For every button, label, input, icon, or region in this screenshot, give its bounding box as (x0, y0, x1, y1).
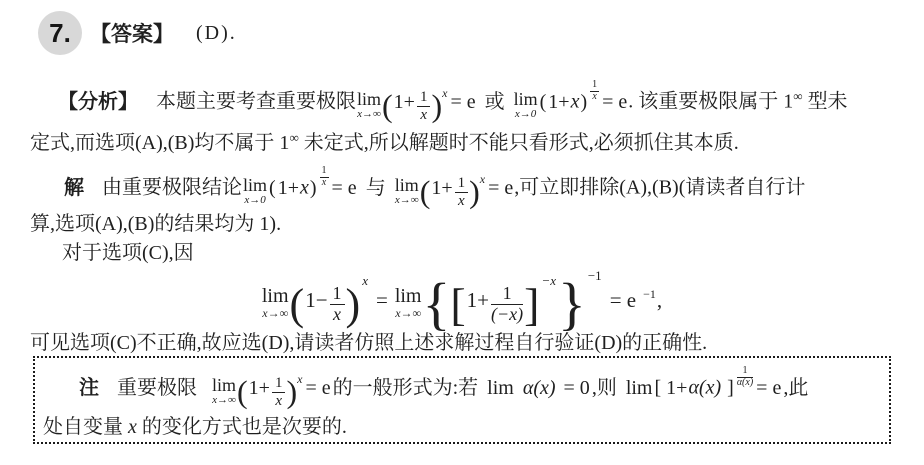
denominator: x (455, 193, 469, 210)
right-paren: ) (469, 174, 480, 210)
analysis-line-2: 定式,而选项(A),(B)均不属于 1∞ 未定式,所以解题时不能只看形式,必须抓… (30, 126, 739, 155)
left-paren: ( (382, 88, 393, 124)
answer-label: 【答案】 (90, 22, 174, 46)
lim-word: lim (262, 286, 289, 306)
left-paren: ( (420, 174, 431, 210)
equals-zero: = 0 (564, 377, 590, 399)
infinity-superscript: ∞ (289, 130, 298, 145)
numerator: 1 (491, 284, 523, 305)
limit-operator: limx→∞ (212, 376, 236, 406)
note-line-1: 注重要极限limx→∞(1+1x)x= e的一般形式为:若limα(x)= 0,… (79, 366, 809, 409)
lim-word: lim (212, 376, 236, 394)
numerator: 1 (320, 166, 329, 178)
right-paren: ) (580, 91, 587, 113)
lim-word: lim (626, 377, 653, 399)
analysis-text: . 该重要极限属于 1 (628, 91, 793, 113)
answer-value: (D). (196, 22, 237, 44)
analysis-text: 未定式,所以解题时不能只看形式,必须抓住其本质. (299, 132, 739, 154)
math-token: 1+ (431, 177, 452, 199)
fraction-1-over-x: 1x (417, 89, 431, 123)
bracket-open: [ 1+ (654, 377, 687, 399)
exponent-1-over-alpha: 1α(x) (737, 366, 753, 388)
left-bracket: [ (450, 279, 465, 330)
exponent-x: x (297, 372, 302, 386)
right-bracket: ] (524, 279, 539, 330)
limit-operator: limx→∞ (357, 90, 381, 120)
math-token: 1− (305, 288, 327, 312)
textbook-page: { "page": { "background": "#ffffff", "te… (0, 0, 924, 465)
lim-subscript: x→∞ (395, 307, 422, 319)
numerator: 1 (455, 175, 469, 193)
solution-intro: 由重要极限结论 (102, 177, 242, 199)
denominator: x (330, 305, 345, 325)
analysis-label: 【分析】 (58, 91, 138, 113)
equals-e: = e (332, 177, 357, 199)
note-text: 处自变量 (43, 416, 128, 438)
note-text: 的变化方式也是次要的. (137, 416, 347, 438)
analysis-line-1: 【分析】本题主要考查重要极限limx→∞(1+1x)x= e或limx→0(1+… (58, 80, 848, 123)
alpha-x: α(x) (523, 377, 556, 399)
question-number-badge: 7. (38, 11, 82, 55)
lim-subscript: x→0 (514, 109, 538, 120)
lim-word: lim (395, 286, 422, 306)
math-token: 1+ (249, 377, 270, 399)
limit-operator: limx→∞ (395, 286, 422, 319)
analysis-text: 定式,而选项(A),(B)均不属于 1 (30, 132, 289, 154)
equals-e: = e (610, 288, 636, 312)
math-token: 1+ (467, 288, 489, 312)
analysis-text: 型未 (803, 91, 848, 113)
equals-e: = e (602, 91, 627, 113)
infinity-superscript: ∞ (793, 89, 802, 104)
solution-line-1: 解由重要极限结论limx→0(1+x)1x= e与limx→∞(1+1x)x= … (64, 166, 805, 209)
fraction-1-over-x: 1x (272, 375, 286, 409)
note-text: ,则 (592, 377, 617, 399)
note-line-2: 处自变量 x 的变化方式也是次要的. (43, 410, 347, 439)
math-token: 1+ (278, 177, 299, 199)
exponent-x: x (442, 86, 447, 100)
lim-subscript: x→∞ (395, 195, 419, 206)
note-box: 注重要极限limx→∞(1+1x)x= e的一般形式为:若limα(x)= 0,… (33, 356, 891, 444)
solution-label: 解 (64, 177, 84, 199)
limit-operator: limx→0 (514, 90, 538, 120)
exponent-x: x (480, 172, 485, 186)
lim-word: lim (395, 176, 419, 194)
limit-operator: limx→0 (243, 176, 267, 206)
conclusion-text: 可见选项(C)不正确,故应选(D),请读者仿照上述求解过程自行验证(D)的正确性… (30, 332, 707, 354)
bracket-close: ] (722, 377, 734, 399)
equals-e: = e (450, 91, 475, 113)
exponent-neg1: −1 (643, 287, 656, 301)
equals-e: = e (305, 377, 330, 399)
exponent-1-over-x: 1x (590, 80, 599, 102)
limit-operator: limx→∞ (395, 176, 419, 206)
left-paren: ( (237, 374, 248, 410)
variable-x: x (300, 177, 309, 199)
equals-e: = e (756, 377, 781, 399)
exponent-negx: −x (541, 273, 556, 288)
denominator: x (320, 178, 329, 189)
math-token: 1+ (548, 91, 569, 113)
numerator: 1 (590, 80, 599, 92)
solution-line-2: 算,选项(A),(B)的结果均为 1). (30, 207, 281, 236)
variable-x: x (571, 91, 580, 113)
note-label: 注 (79, 377, 99, 399)
exponent-x: x (362, 273, 368, 288)
right-paren: ) (431, 88, 442, 124)
solution-text: 对于选项(C),因 (62, 242, 194, 264)
lim-word: lim (243, 176, 267, 194)
display-equation: limx→∞(1−1x)x=limx→∞{[1+1(−x)]−x}−1= e−1… (0, 268, 924, 325)
right-paren: ) (286, 374, 297, 410)
numerator: 1 (417, 89, 431, 107)
fraction-1-over-x: 1x (455, 175, 469, 209)
denominator: x (272, 393, 286, 410)
lim-subscript: x→∞ (262, 307, 289, 319)
lim-subscript: x→∞ (357, 109, 381, 120)
fraction-1-over-negx: 1(−x) (491, 284, 523, 325)
solution-text: 算,选项(A),(B)的结果均为 1). (30, 213, 281, 235)
fraction-1-over-x: 1x (330, 284, 345, 325)
and-word: 与 (366, 177, 386, 199)
note-text: 的一般形式为:若 (333, 377, 479, 399)
lim-word: lim (514, 90, 538, 108)
solution-line-3: 对于选项(C),因 (62, 236, 194, 265)
lim-word: lim (357, 90, 381, 108)
comma: , (657, 288, 662, 312)
question-number: 7. (49, 18, 71, 49)
lim-subscript: x→0 (243, 195, 267, 206)
or-word: 或 (485, 91, 505, 113)
left-paren: ( (290, 280, 305, 329)
note-intro: 重要极限 (117, 377, 197, 399)
lim-word: lim (487, 377, 514, 399)
variable-x: x (128, 416, 137, 438)
conclusion-line: 可见选项(C)不正确,故应选(D),请读者仿照上述求解过程自行验证(D)的正确性… (30, 326, 707, 355)
alpha-x: α(x) (688, 377, 721, 399)
numerator: 1 (737, 366, 753, 378)
numerator: 1 (330, 284, 345, 305)
denominator: x (417, 107, 431, 124)
right-paren: ) (310, 177, 317, 199)
note-text: ,此 (783, 377, 808, 399)
denominator: (−x) (491, 305, 523, 325)
answer-line: 7.【答案】(D). (38, 11, 237, 55)
left-paren: ( (269, 177, 276, 199)
math-token: 1+ (394, 91, 415, 113)
denominator: x (590, 92, 599, 103)
denominator: α(x) (737, 378, 753, 389)
equals-e: = e (488, 177, 513, 199)
left-paren: ( (540, 91, 547, 113)
equals-sign: = (376, 288, 388, 312)
exponent-1-over-x: 1x (320, 166, 329, 188)
limit-operator: limx→∞ (262, 286, 289, 319)
solution-text: ,可立即排除(A),(B)(请读者自行计 (514, 177, 805, 199)
right-paren: ) (346, 280, 361, 329)
lim-subscript: x→∞ (212, 395, 236, 406)
analysis-intro: 本题主要考查重要极限 (156, 91, 356, 113)
exponent-neg1: −1 (588, 268, 602, 283)
numerator: 1 (272, 375, 286, 393)
